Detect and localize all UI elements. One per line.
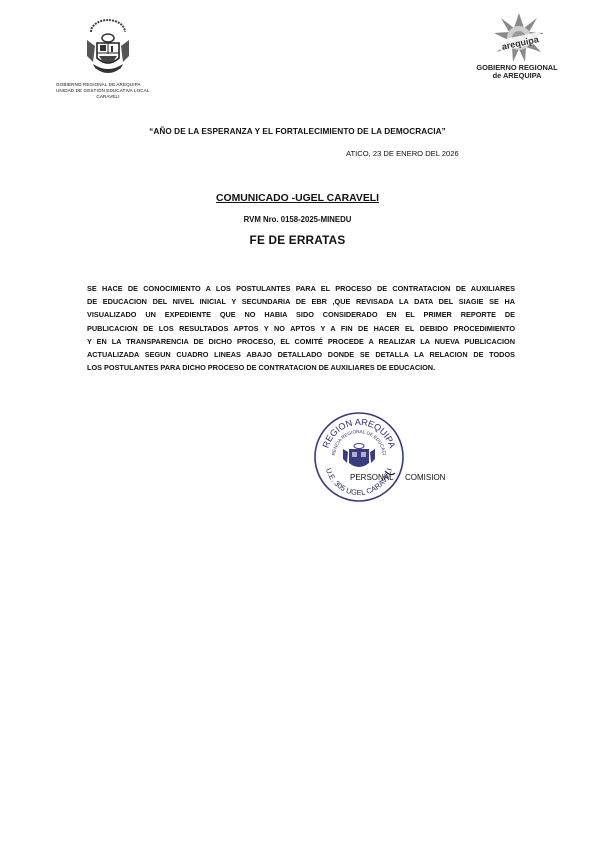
signature-personal: PERSONAL [350,473,394,482]
year-motto: “AÑO DE LA ESPERANZA Y EL FORTALECIMIENT… [0,127,595,136]
official-seal-stamp: REGION AREQUIPA GERENCIA REGIONAL DE EDU… [313,411,405,503]
left-header-line: CARAVELI [48,94,168,100]
body-paragraph: SE HACE DE CONOCIMIENTO A LOS POSTULANTE… [87,282,515,374]
left-header: GOBIERNO REGIONAL DE AREQUIPA UNIDAD DE … [48,18,168,101]
body-line: LOS POSTULANTES PARA DICHO PROCESO DE CO… [87,361,515,374]
body-line: SE HACE DE CONOCIMIENTO A LOS POSTULANTE… [87,282,515,295]
body-line: VISUALIZADO UN EXPEDIENTE QUE NO HABIA S… [87,308,515,321]
right-header: arequipa GOBIERNO REGIONAL de AREQUIPA [462,12,572,81]
signature-comision: COMISION [405,473,445,482]
document-title: COMUNICADO -UGEL CARAVELI [0,193,595,204]
arequipa-sun-logo-icon: arequipa [485,12,549,64]
document-date: ATICO, 23 DE ENERO DEL 2026 [346,149,459,158]
body-line: Y EN LA TRANSPARENCIA DE DICHO PROCESO, … [87,335,515,348]
document-subtitle: FE DE ERRATAS [0,233,595,247]
body-line: DE EDUCACION DEL NIVEL INICIAL Y SECUNDA… [87,295,515,308]
rvm-reference: RVM Nro. 0158-2025-MINEDU [0,215,595,224]
body-line: PUBLICACION DE LOS RESULTADOS APTOS Y NO… [87,322,515,335]
right-header-line: de AREQUIPA [462,72,572,80]
peru-coat-of-arms-icon [83,18,133,78]
body-line: ACTUALIZADA SEGUN CUADRO LINEAS ABAJO DE… [87,348,515,361]
seal-crest-icon [343,444,375,468]
